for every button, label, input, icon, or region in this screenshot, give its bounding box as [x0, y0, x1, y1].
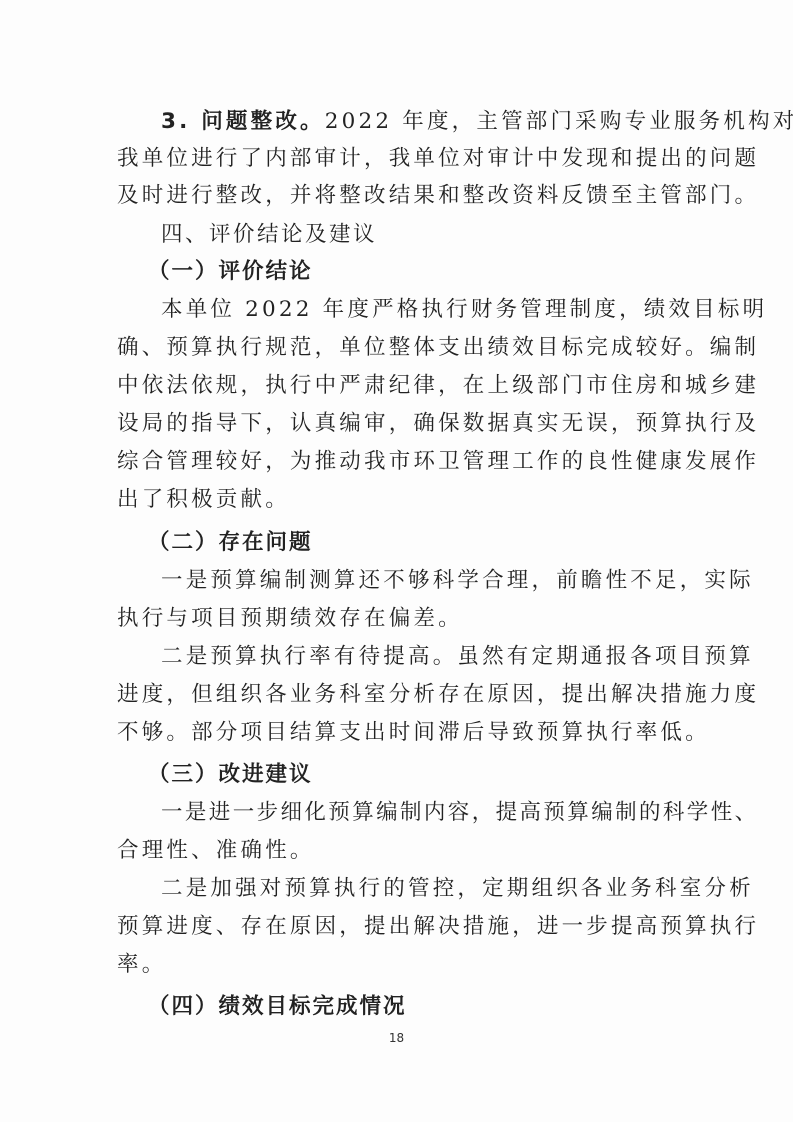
- paragraph-line: 二是预算执行率有待提高。虽然有定期通报各项目预算: [161, 644, 673, 670]
- paragraph-line: 不够。部分项目结算支出时间滞后导致预算执行率低。: [117, 720, 673, 746]
- paragraph-line: 3. 问题整改。2022 年度，主管部门采购专业服务机构对: [161, 109, 673, 135]
- paragraph-line: 确、预算执行规范，单位整体支出绩效目标完成较好。编制: [117, 335, 673, 361]
- subsection-heading: （二）存在问题: [148, 530, 704, 556]
- paragraph-line: 设局的指导下，认真编审，确保数据真实无误，预算执行及: [117, 411, 673, 437]
- paragraph-line: 本单位 2022 年度严格执行财务管理制度，绩效目标明: [161, 297, 673, 323]
- subsection-heading: （四）绩效目标完成情况: [148, 994, 704, 1020]
- paragraph-line: 中依法依规，执行中严肃纪律，在上级部门市住房和城乡建: [117, 373, 673, 399]
- paragraph-line: 出了积极贡献。: [117, 487, 673, 513]
- paragraph-line: 合理性、准确性。: [117, 838, 673, 864]
- paragraph-text: 2022 年度，主管部门采购专业服务机构对: [325, 109, 793, 134]
- paragraph-line: 二是加强对预算执行的管控，定期组织各业务科室分析: [161, 876, 673, 902]
- paragraph-line: 率。: [117, 952, 673, 978]
- paragraph-lead-bold: 3. 问题整改。: [161, 109, 325, 134]
- section-heading: 四、评价结论及建议: [161, 222, 673, 248]
- paragraph-line: 及时进行整改，并将整改结果和整改资料反馈至主管部门。: [117, 183, 673, 209]
- page-number: 18: [0, 1031, 793, 1045]
- paragraph-line: 一是进一步细化预算编制内容，提高预算编制的科学性、: [161, 800, 701, 826]
- paragraph-line: 预算进度、存在原因，提出解决措施，进一步提高预算执行: [117, 914, 673, 940]
- subsection-heading: （一）评价结论: [148, 259, 704, 285]
- document-page: ​ 3. 问题整改。2022 年度，主管部门采购专业服务机构对 我单位进行了内部…: [0, 0, 793, 1122]
- paragraph-line: 进度，但组织各业务科室分析存在原因，提出解决措施力度: [117, 682, 673, 708]
- paragraph-line: 综合管理较好，为推动我市环卫管理工作的良性健康发展作: [117, 449, 673, 475]
- paragraph-line: 我单位进行了内部审计，我单位对审计中发现和提出的问题: [117, 146, 673, 172]
- subsection-heading: （三）改进建议: [148, 762, 704, 788]
- paragraph-line: 执行与项目预期绩效存在偏差。: [117, 606, 673, 632]
- paragraph-line: 一是预算编制测算还不够科学合理，前瞻性不足，实际: [161, 568, 673, 594]
